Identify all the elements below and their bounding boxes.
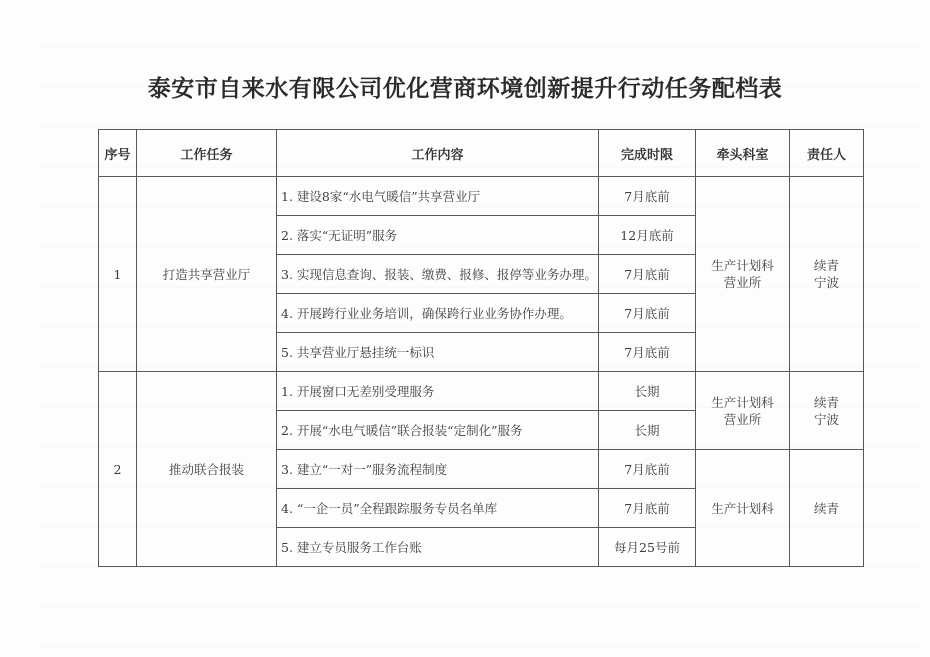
task-deadline: 7月底前: [599, 450, 696, 489]
responsible-person: 续青 宁波: [790, 372, 864, 450]
owner-line: 续青: [790, 257, 863, 274]
task-content: 5. 建立专员服务工作台账: [277, 528, 599, 567]
group-index: 1: [99, 177, 137, 372]
task-deadline: 12月底前: [599, 216, 696, 255]
table-row: 1 打造共享营业厅 1. 建设8家“水电气暖信”共享营业厅 7月底前 生产计划科…: [99, 177, 864, 216]
task-content: 3. 实现信息查询、报装、缴费、报修、报停等业务办理。: [277, 255, 599, 294]
task-deadline: 7月底前: [599, 489, 696, 528]
task-content: 4. 开展跨行业业务培训，确保跨行业业务协作办理。: [277, 294, 599, 333]
task-content: 2. 落实“无证明”服务: [277, 216, 599, 255]
task-content: 5. 共享营业厅悬挂统一标识: [277, 333, 599, 372]
group-index: 2: [99, 372, 137, 567]
page-title: 泰安市自来水有限公司优化营商环境创新提升行动任务配档表: [0, 70, 930, 103]
task-deadline: 长期: [599, 372, 696, 411]
group-task: 打造共享营业厅: [137, 177, 277, 372]
lead-department: 生产计划科: [696, 450, 790, 567]
task-content: 1. 建设8家“水电气暖信”共享营业厅: [277, 177, 599, 216]
task-deadline: 7月底前: [599, 333, 696, 372]
task-deadline: 长期: [599, 411, 696, 450]
header-department: 牵头科室: [696, 130, 790, 177]
group-task: 推动联合报装: [137, 372, 277, 567]
table-row: 2 推动联合报装 1. 开展窗口无差别受理服务 长期 生产计划科 营业所 续青 …: [99, 372, 864, 411]
responsible-person: 续青: [790, 450, 864, 567]
department-line: 营业所: [696, 411, 789, 428]
owner-line: 宁波: [790, 411, 863, 428]
header-owner: 责任人: [790, 130, 864, 177]
responsible-person: 续青 宁波: [790, 177, 864, 372]
task-deadline: 7月底前: [599, 177, 696, 216]
owner-line: 宁波: [790, 274, 863, 291]
table-header-row: 序号 工作任务 工作内容 完成时限 牵头科室 责任人: [99, 130, 864, 177]
task-deadline: 7月底前: [599, 255, 696, 294]
department-line: 生产计划科: [696, 257, 789, 274]
task-schedule-table: 序号 工作任务 工作内容 完成时限 牵头科室 责任人 1 打造共享营业厅 1. …: [98, 129, 864, 567]
header-content: 工作内容: [277, 130, 599, 177]
department-line: 生产计划科: [696, 394, 789, 411]
header-task: 工作任务: [137, 130, 277, 177]
owner-line: 续青: [790, 394, 863, 411]
lead-department: 生产计划科 营业所: [696, 177, 790, 372]
task-content: 4. “一企一员”全程跟踪服务专员名单库: [277, 489, 599, 528]
task-content: 3. 建立“一对一”服务流程制度: [277, 450, 599, 489]
header-index: 序号: [99, 130, 137, 177]
task-content: 2. 开展“水电气暖信”联合报装“定制化”服务: [277, 411, 599, 450]
task-deadline: 7月底前: [599, 294, 696, 333]
task-deadline: 每月25号前: [599, 528, 696, 567]
header-deadline: 完成时限: [599, 130, 696, 177]
task-content: 1. 开展窗口无差别受理服务: [277, 372, 599, 411]
department-line: 营业所: [696, 274, 789, 291]
lead-department: 生产计划科 营业所: [696, 372, 790, 450]
